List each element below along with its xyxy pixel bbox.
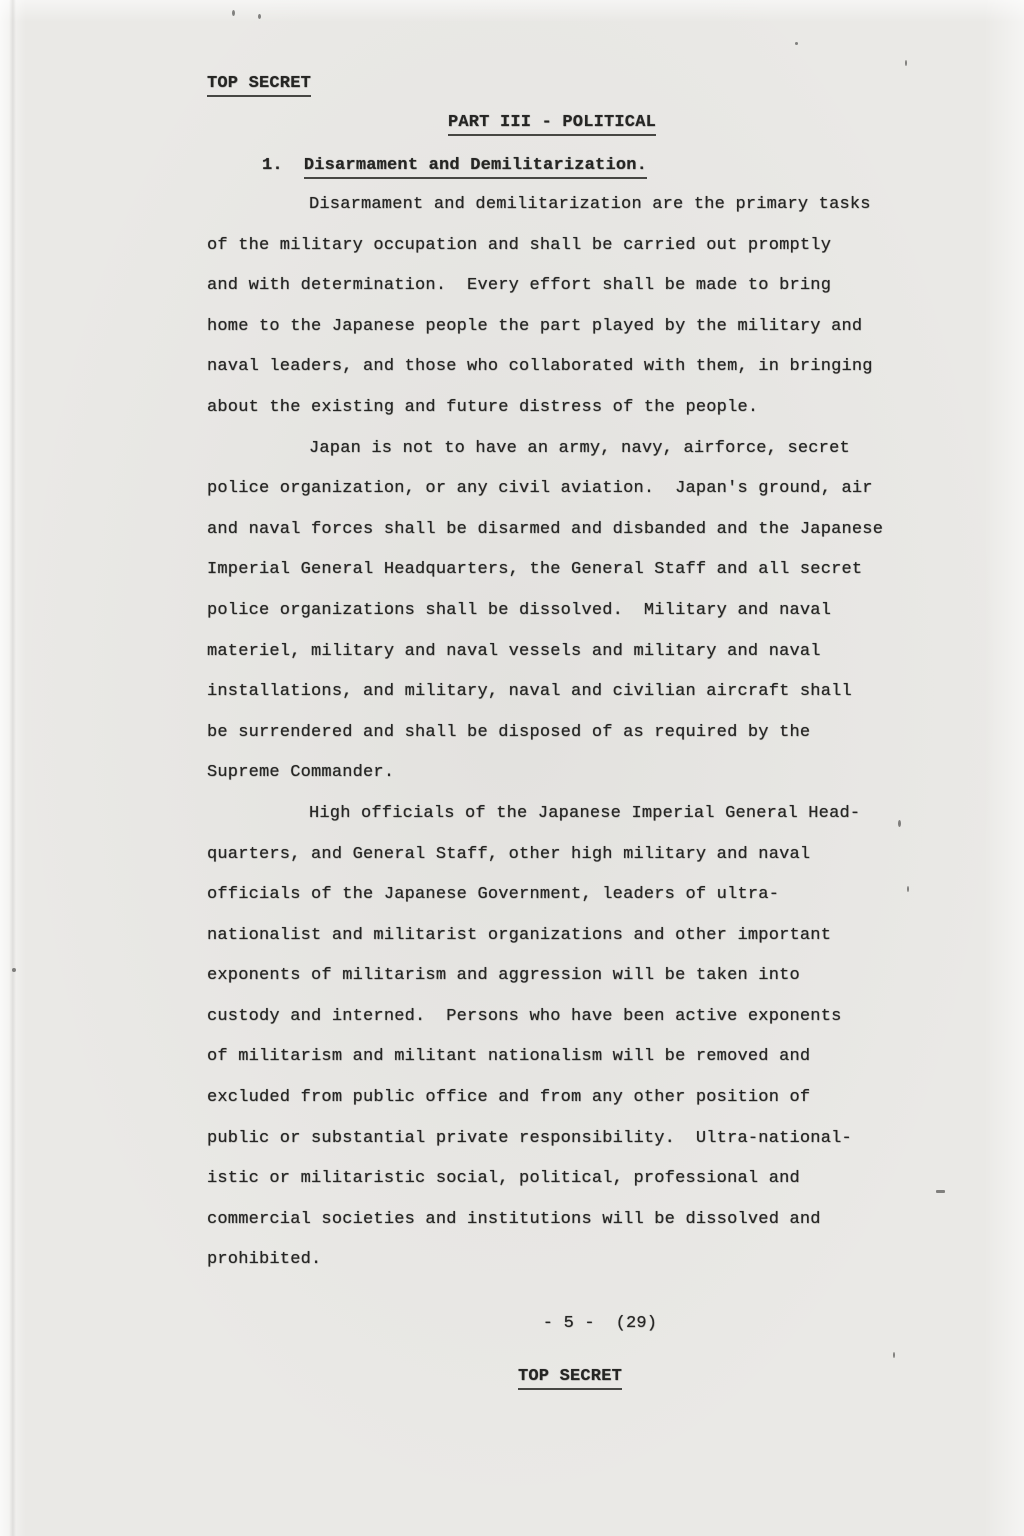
text-line: quarters, and General Staff, other high … xyxy=(207,835,897,876)
text-line: installations, and military, naval and c… xyxy=(207,672,897,713)
text-line: about the existing and future distress o… xyxy=(207,388,897,429)
scan-speck xyxy=(893,1352,895,1358)
text-line: be surrendered and shall be disposed of … xyxy=(207,713,897,754)
text-line: home to the Japanese people the part pla… xyxy=(207,307,897,348)
scan-speck xyxy=(12,968,16,972)
scan-speck xyxy=(936,1190,945,1193)
page-content: TOP SECRET PART III - POLITICAL 1.Disarm… xyxy=(207,0,897,1388)
classification-top-text: TOP SECRET xyxy=(207,74,311,97)
text-line: of militarism and militant nationalism w… xyxy=(207,1037,897,1078)
classification-top: TOP SECRET xyxy=(207,0,897,95)
text-line: Disarmament and demilitarization are the… xyxy=(207,185,897,226)
scan-speck xyxy=(907,886,909,892)
part-heading-text: PART III - POLITICAL xyxy=(448,113,656,136)
scan-speck xyxy=(232,10,235,16)
paragraph-3: High officials of the Japanese Imperial … xyxy=(207,794,897,1281)
document-page: TOP SECRET PART III - POLITICAL 1.Disarm… xyxy=(0,0,1024,1536)
text-line: naval leaders, and those who collaborate… xyxy=(207,347,897,388)
section-title: Disarmament and Demilitarization. xyxy=(304,156,647,179)
text-line: public or substantial private responsibi… xyxy=(207,1119,897,1160)
text-line: Japan is not to have an army, navy, airf… xyxy=(207,429,897,470)
scan-speck xyxy=(898,820,901,827)
text-line: nationalist and militarist organizations… xyxy=(207,916,897,957)
page-number: - 5 - (29) xyxy=(255,1313,945,1335)
classification-bottom-text: TOP SECRET xyxy=(518,1367,622,1390)
text-line: police organization, or any civil aviati… xyxy=(207,469,897,510)
text-line: Supreme Commander. xyxy=(207,753,897,794)
scan-speck xyxy=(905,60,907,66)
paragraph-1: Disarmament and demilitarization are the… xyxy=(207,185,897,429)
section-heading: 1.Disarmament and Demilitarization. xyxy=(207,154,897,177)
document-body: Disarmament and demilitarization are the… xyxy=(207,185,897,1281)
text-line: and with determination. Every effort sha… xyxy=(207,266,897,307)
text-line: excluded from public office and from any… xyxy=(207,1078,897,1119)
text-line: Imperial General Headquarters, the Gener… xyxy=(207,550,897,591)
scan-speck xyxy=(258,14,261,19)
text-line: materiel, military and naval vessels and… xyxy=(207,632,897,673)
scan-speck xyxy=(795,42,798,45)
section-number: 1. xyxy=(262,156,283,175)
paragraph-2: Japan is not to have an army, navy, airf… xyxy=(207,429,897,794)
text-line: officials of the Japanese Government, le… xyxy=(207,875,897,916)
text-line: custody and interned. Persons who have b… xyxy=(207,997,897,1038)
scan-crease-line xyxy=(9,0,16,1536)
text-line: High officials of the Japanese Imperial … xyxy=(207,794,897,835)
text-line: police organizations shall be dissolved.… xyxy=(207,591,897,632)
classification-bottom: TOP SECRET xyxy=(225,1365,915,1388)
text-line: prohibited. xyxy=(207,1240,897,1281)
text-line: commercial societies and institutions wi… xyxy=(207,1200,897,1241)
text-line: istic or militaristic social, political,… xyxy=(207,1159,897,1200)
text-line: exponents of militarism and aggression w… xyxy=(207,956,897,997)
text-line: and naval forces shall be disarmed and d… xyxy=(207,510,897,551)
text-line: of the military occupation and shall be … xyxy=(207,226,897,267)
part-heading: PART III - POLITICAL xyxy=(207,111,897,134)
